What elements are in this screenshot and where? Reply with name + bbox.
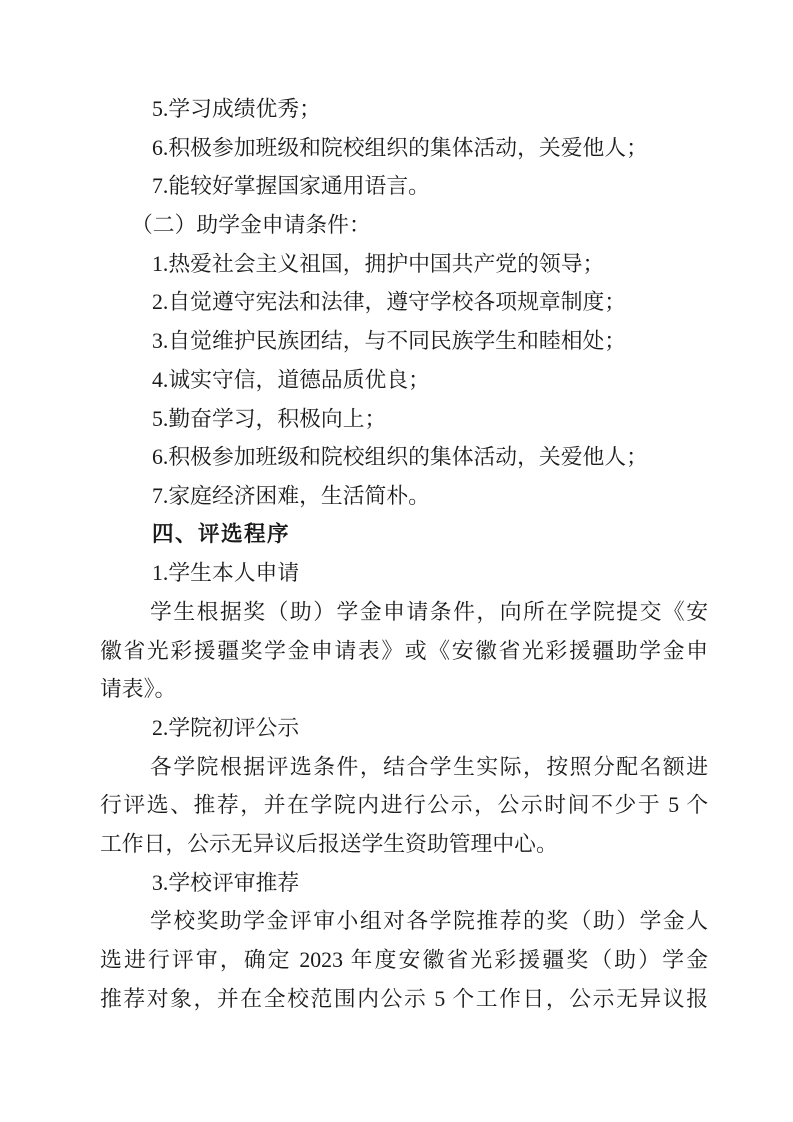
text-line: 选进行评审，确定 2023 年度安徽省光彩援疆奖（助）学金: [100, 941, 708, 980]
text-line: 工作日，公示无异议后报送学生资助管理中心。: [100, 825, 708, 864]
document-body: 5.学习成绩优秀；6.积极参加班级和院校组织的集体活动，关爱他人；7.能较好掌握…: [100, 90, 708, 1019]
text-line: （二）助学金申请条件：: [100, 206, 708, 245]
section-heading: 四、评选程序: [100, 516, 708, 555]
document-page: 5.学习成绩优秀；6.积极参加班级和院校组织的集体活动，关爱他人；7.能较好掌握…: [0, 0, 793, 1122]
text-line: 各学院根据评选条件，结合学生实际，按照分配名额进: [100, 748, 708, 787]
text-line: 6.积极参加班级和院校组织的集体活动，关爱他人；: [100, 438, 708, 477]
text-line: 请表》。: [100, 670, 708, 709]
text-line: 1.热爱社会主义祖国，拥护中国共产党的领导；: [100, 245, 708, 284]
text-line: 行评选、推荐，并在学院内进行公示，公示时间不少于 5 个: [100, 786, 708, 825]
text-line: 6.积极参加班级和院校组织的集体活动，关爱他人；: [100, 129, 708, 168]
text-line: 学校奖助学金评审小组对各学院推荐的奖（助）学金人: [100, 902, 708, 941]
text-line: 1.学生本人申请: [100, 554, 708, 593]
text-line: 徽省光彩援疆奖学金申请表》或《安徽省光彩援疆助学金申: [100, 632, 708, 671]
text-line: 推荐对象，并在全校范围内公示 5 个工作日，公示无异议报: [100, 980, 708, 1019]
text-line: 2.自觉遵守宪法和法律，遵守学校各项规章制度；: [100, 283, 708, 322]
text-line: 3.学校评审推荐: [100, 864, 708, 903]
text-line: 7.能较好掌握国家通用语言。: [100, 167, 708, 206]
text-line: 7.家庭经济困难，生活简朴。: [100, 477, 708, 516]
text-line: 5.勤奋学习，积极向上；: [100, 400, 708, 439]
text-line: 4.诚实守信，道德品质优良；: [100, 361, 708, 400]
text-line: 学生根据奖（助）学金申请条件，向所在学院提交《安: [100, 593, 708, 632]
text-line: 5.学习成绩优秀；: [100, 90, 708, 129]
text-line: 2.学院初评公示: [100, 709, 708, 748]
text-line: 3.自觉维护民族团结，与不同民族学生和睦相处；: [100, 322, 708, 361]
